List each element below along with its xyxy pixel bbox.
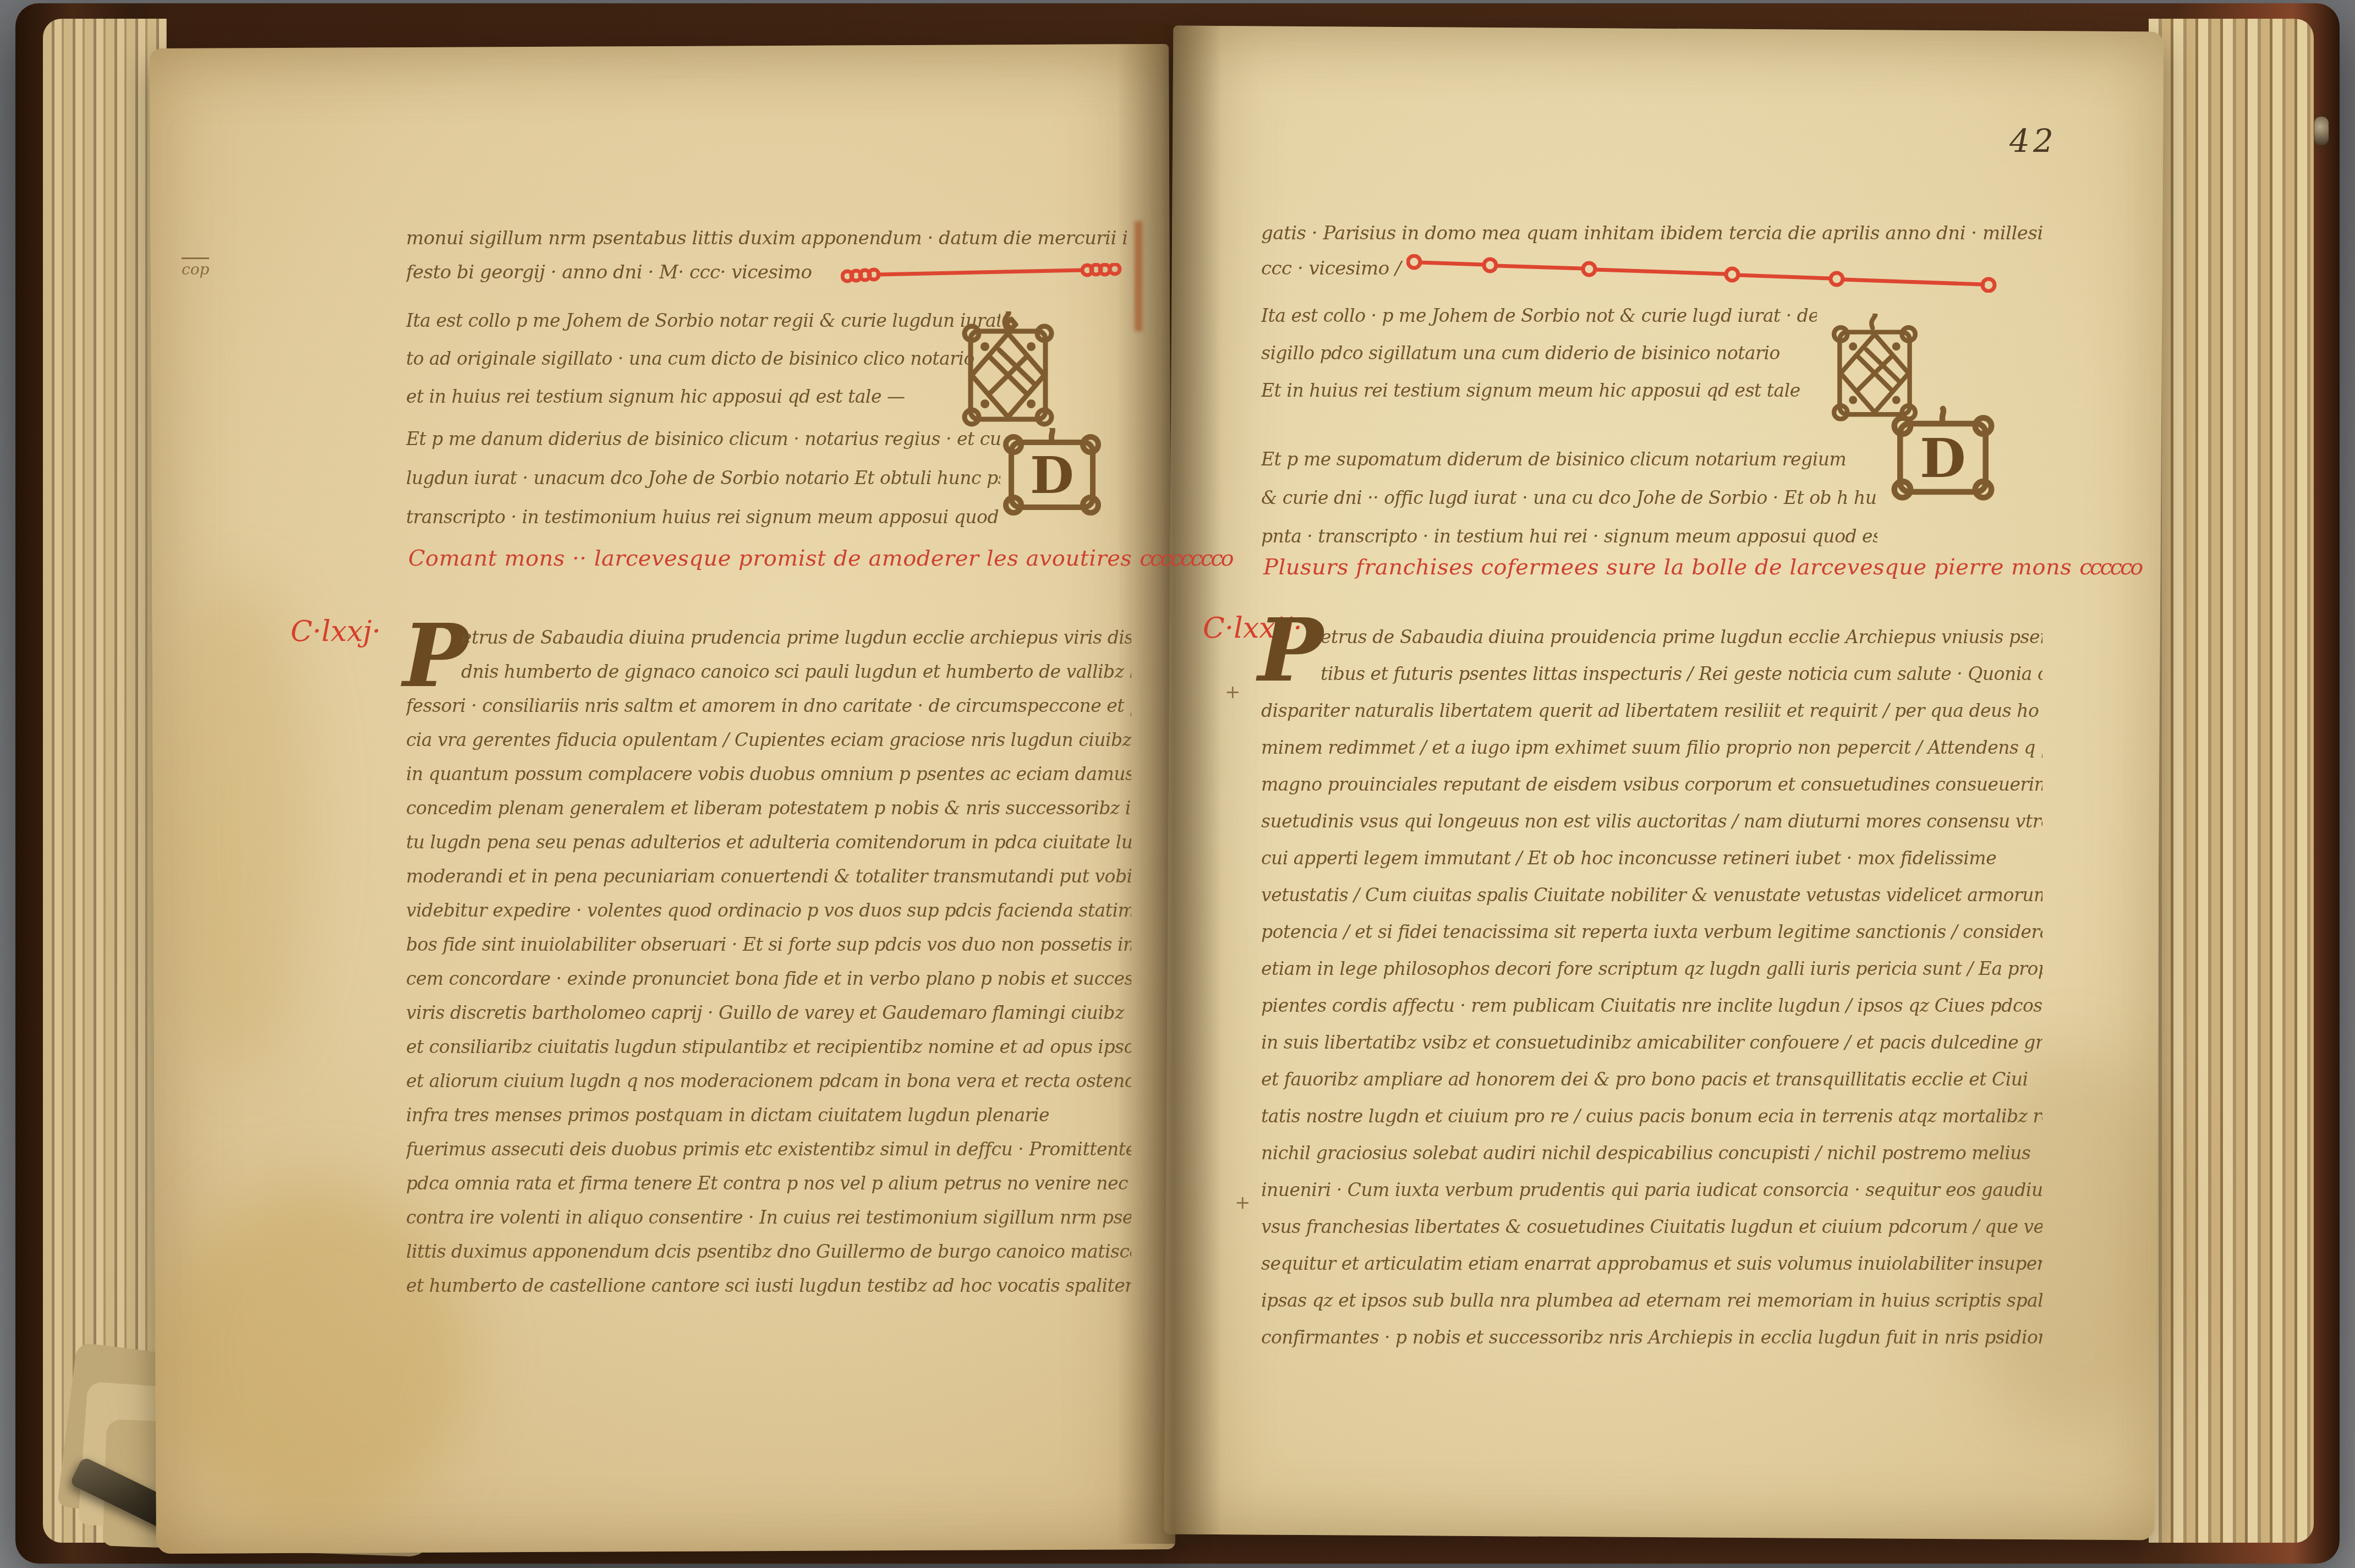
folio-number: 42 xyxy=(2009,122,2057,160)
left-attestation2-block: Et p me danum diderius de bisinico clicu… xyxy=(406,419,1000,536)
manuscript-text-line: ipsas qz et ipsos sub bulla nra plumbea … xyxy=(1261,1282,2042,1319)
manuscript-text-line: et aliorum ciuium lugdn q nos moderacion… xyxy=(406,1064,1131,1098)
manuscript-text-line: vsus franchesias libertates & cosuetudin… xyxy=(1261,1208,2042,1245)
manuscript-text-line: potencia / et si fidei tenacissima sit r… xyxy=(1261,913,2042,950)
manuscript-text-line: et humberto de castellione cantore sci i… xyxy=(406,1269,1131,1303)
manuscript-text-line: tu lugdn pena seu penas adulterios et ad… xyxy=(406,825,1131,859)
manuscript-text-line: pnta · transcripto · in testium hui rei … xyxy=(1261,517,1877,556)
parchment-stain xyxy=(165,578,308,1073)
left-attestation-block: Ita est collo p me Johem de Sorbio notar… xyxy=(406,301,1000,415)
red-ringed-line-icon xyxy=(1406,254,2001,293)
initial-letter-d: D xyxy=(1030,446,1074,505)
rubric-text: Comant mons ·· larcevesque promist de am… xyxy=(408,546,1132,571)
manuscript-text-line: et fauoribz ampliare ad honorem dei & pr… xyxy=(1261,1061,2042,1098)
manuscript-text-line: tibus et futuris psentes littas inspectu… xyxy=(1321,655,2042,692)
manuscript-text-line: cui apperti legem immutant / Et ob hoc i… xyxy=(1261,840,2042,876)
page-edges-left xyxy=(43,19,167,1543)
manuscript-text-line: & curie dni ·· offic lugd iurat · una cu… xyxy=(1261,479,1877,517)
manuscript-text-line: dispariter naturalis libertatem querit a… xyxy=(1261,692,2042,729)
manuscript-text-line: gatis · Parisius in domo mea quam inhita… xyxy=(1261,216,2042,251)
manuscript-text-line: moderandi et in pena pecuniariam conuert… xyxy=(406,859,1131,893)
manuscript-text-line: dnis humberto de gignaco canoico sci pau… xyxy=(461,655,1131,689)
manuscript-text-line: fuerimus assecuti deis duobus primis etc… xyxy=(406,1132,1131,1166)
manuscript-text-line: to ad originale sigillato · una cum dict… xyxy=(406,339,1000,377)
rubric-text: Plusurs franchises cofermees sure la bol… xyxy=(1263,555,2072,580)
rubric-filler: cccccccco xyxy=(1140,546,1231,571)
manuscript-text-line: in suis libertatibz vsibz et consuetudin… xyxy=(1261,1024,2042,1061)
manuscript-text-line: fessori · consiliariis nris saltm et amo… xyxy=(406,689,1131,723)
manuscript-text-line: etiam in lege philosophos decori fore sc… xyxy=(1261,950,2042,987)
manuscript-text-line: transcripto · in testimonium huius rei s… xyxy=(406,497,1000,536)
manuscript-text-line: vetustatis / Cum ciuitas spalis Ciuitate… xyxy=(1261,876,2042,913)
manuscript-text-line: et consiliaribz ciuitatis lugdun stipula… xyxy=(406,1030,1131,1064)
manuscript-text-line: videbitur expedire · volentes quod ordin… xyxy=(406,893,1131,928)
manuscript-text-line: Et in huius rei testium signum meum hic … xyxy=(1261,372,1817,409)
margin-plus-mark: + xyxy=(1235,1192,1251,1214)
manuscript-text-line: pdca omnia rata et firma tenere Et contr… xyxy=(406,1166,1131,1200)
right-body-text: etrus de Sabaudia diuina prouidencia pri… xyxy=(1261,618,2042,1356)
manuscript-text-line: infra tres menses primos postquam in dic… xyxy=(406,1098,1131,1132)
manuscript-text-line: tatis nostre lugdn et ciuium pro re / cu… xyxy=(1261,1098,2042,1134)
left-rubric: Comant mons ·· larcevesque promist de am… xyxy=(408,546,1232,571)
manuscript-text-line: etrus de Sabaudia diuina prouidencia pri… xyxy=(1321,618,2042,655)
rubric-filler: ccccco xyxy=(2079,555,2141,580)
manuscript-text-line: cem concordare · exinde pronunciet bona … xyxy=(406,962,1131,996)
right-rubric: Plusurs franchises cofermees sure la bol… xyxy=(1263,555,2141,580)
manuscript-text-line: etrus de Sabaudia diuina prudencia prime… xyxy=(461,621,1131,655)
gutter-shadow xyxy=(1117,25,1222,1544)
manuscript-text-line: Et p me supomatum diderum de bisinico cl… xyxy=(1261,440,1877,479)
clasp-pin-icon xyxy=(2314,117,2329,145)
manuscript-text-line: nichil graciosius solebat audiri nichil … xyxy=(1261,1134,2042,1171)
initial-letter-d: D xyxy=(1920,427,1966,490)
manuscript-photo: cop monui sigillum nrm psentabus littis … xyxy=(0,0,2355,1568)
manuscript-text-line: Ita est collo p me Johem de Sorbio notar… xyxy=(406,301,1000,339)
right-attestation2-block: Et p me supomatum diderum de bisinico cl… xyxy=(1261,440,1877,556)
left-body-text: etrus de Sabaudia diuina prudencia prime… xyxy=(406,621,1131,1303)
manuscript-text-line: minem redimmet / et a iugo ipm exhimet s… xyxy=(1261,729,2042,766)
notary-initial-frame-icon: D xyxy=(1885,403,2001,513)
manuscript-text-line: inueniri · Cum iuxta verbum prudentis qu… xyxy=(1261,1171,2042,1208)
manuscript-text-line: et in huius rei testium signum hic appos… xyxy=(406,377,1000,415)
margin-plus-mark: + xyxy=(1225,681,1241,703)
ink-streak xyxy=(1135,221,1142,331)
manuscript-text-line: pientes cordis affectu · rem publicam Ci… xyxy=(1261,987,2042,1024)
manuscript-text-line: contra ire volenti in aliquo consentire … xyxy=(406,1200,1131,1235)
manuscript-text-line: sigillo pdco sigillatum una cum diderio … xyxy=(1261,335,1817,372)
notary-initial-frame-icon: D xyxy=(997,428,1107,522)
manuscript-text-line: confirmantes · p nobis et successoribz n… xyxy=(1261,1319,2042,1356)
manuscript-text-line: Ita est collo · p me Johem de Sorbio not… xyxy=(1261,297,1817,335)
manuscript-text-line: cia vra gerentes fiducia opulentam / Cup… xyxy=(406,723,1131,757)
manuscript-text-line: bos fide sint inuiolabiliter obseruari ·… xyxy=(406,928,1131,962)
manuscript-text-line: magno prouinciales reputant de eisdem vs… xyxy=(1261,766,2042,803)
manuscript-text-line: suetudinis vsus qui longeuus non est vil… xyxy=(1261,803,2042,840)
manuscript-text-line: littis duximus apponendum dcis psentibz … xyxy=(406,1235,1131,1269)
left-chapter-number: C·lxxj· xyxy=(291,615,381,648)
left-margin-note: cop xyxy=(182,257,209,278)
right-attestation-block: Ita est collo · p me Johem de Sorbio not… xyxy=(1261,297,1817,409)
manuscript-text-line: Et p me danum diderius de bisinico clicu… xyxy=(406,419,1000,458)
manuscript-text-line: lugdun iurat · unacum dco Johe de Sorbio… xyxy=(406,458,1000,497)
manuscript-text-line: concedim plenam generalem et liberam pot… xyxy=(406,791,1131,825)
manuscript-text-line: sequitur et articulatim etiam enarrat ap… xyxy=(1261,1245,2042,1282)
red-filler-line-icon xyxy=(841,263,1127,290)
manuscript-text-line: viris discretis bartholomeo caprij · Gui… xyxy=(406,996,1131,1030)
manuscript-text-line: monui sigillum nrm psentabus littis duxi… xyxy=(406,221,1127,255)
manuscript-text-line: in quantum possum complacere vobis duobu… xyxy=(406,757,1131,791)
